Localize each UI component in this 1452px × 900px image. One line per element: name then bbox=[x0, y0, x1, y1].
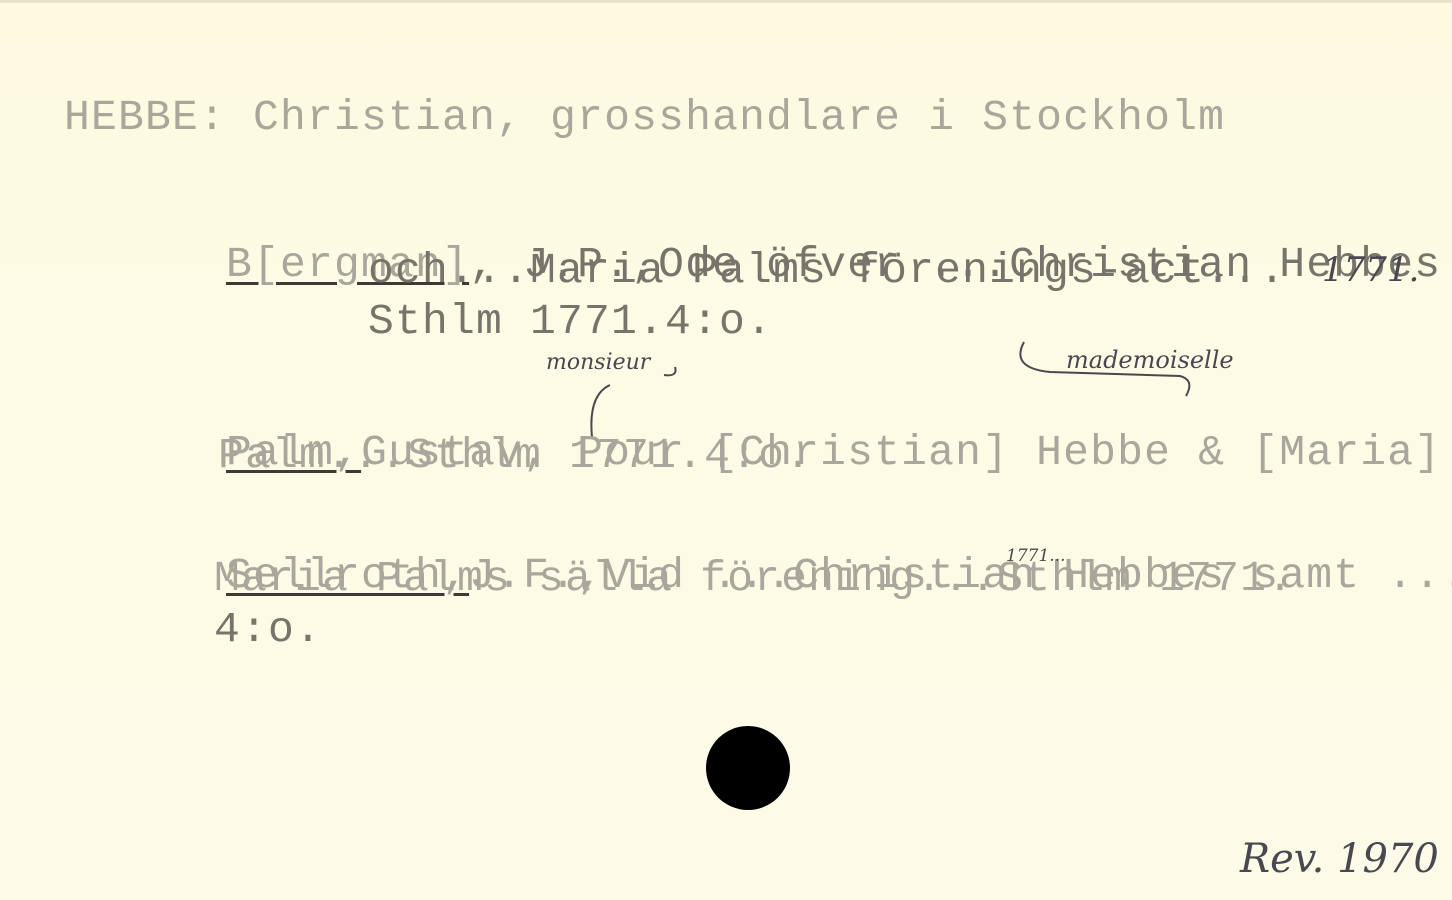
card-top-edge bbox=[0, 0, 1452, 3]
entry-text-line: 4:o. bbox=[214, 606, 322, 654]
entry-text-line: Palm...Sthlm 1771.4:o. bbox=[218, 432, 812, 480]
card-heading: HEBBE: Christian, grosshandlare i Stockh… bbox=[64, 94, 1225, 142]
handwritten-monsieur: monsieur bbox=[546, 350, 650, 375]
entry-text-line: Sthlm 1771.4:o. bbox=[368, 298, 773, 346]
entry-text-line: och...Maria Palms förenings-act... bbox=[368, 247, 1286, 295]
card-punch-hole bbox=[706, 726, 790, 810]
entry-text-line: Maria Palms sälla förening...Sthlm 1771. bbox=[214, 555, 1294, 603]
handwritten-year-annotation: 1771. bbox=[1322, 250, 1419, 290]
handwritten-mademoiselle: mademoiselle bbox=[1066, 346, 1234, 374]
revision-note: Rev. 1970 bbox=[1240, 836, 1439, 882]
handwritten-year-annotation: 1771... bbox=[1006, 546, 1065, 566]
catalog-card: HEBBE: Christian, grosshandlare i Stockh… bbox=[0, 0, 1452, 900]
